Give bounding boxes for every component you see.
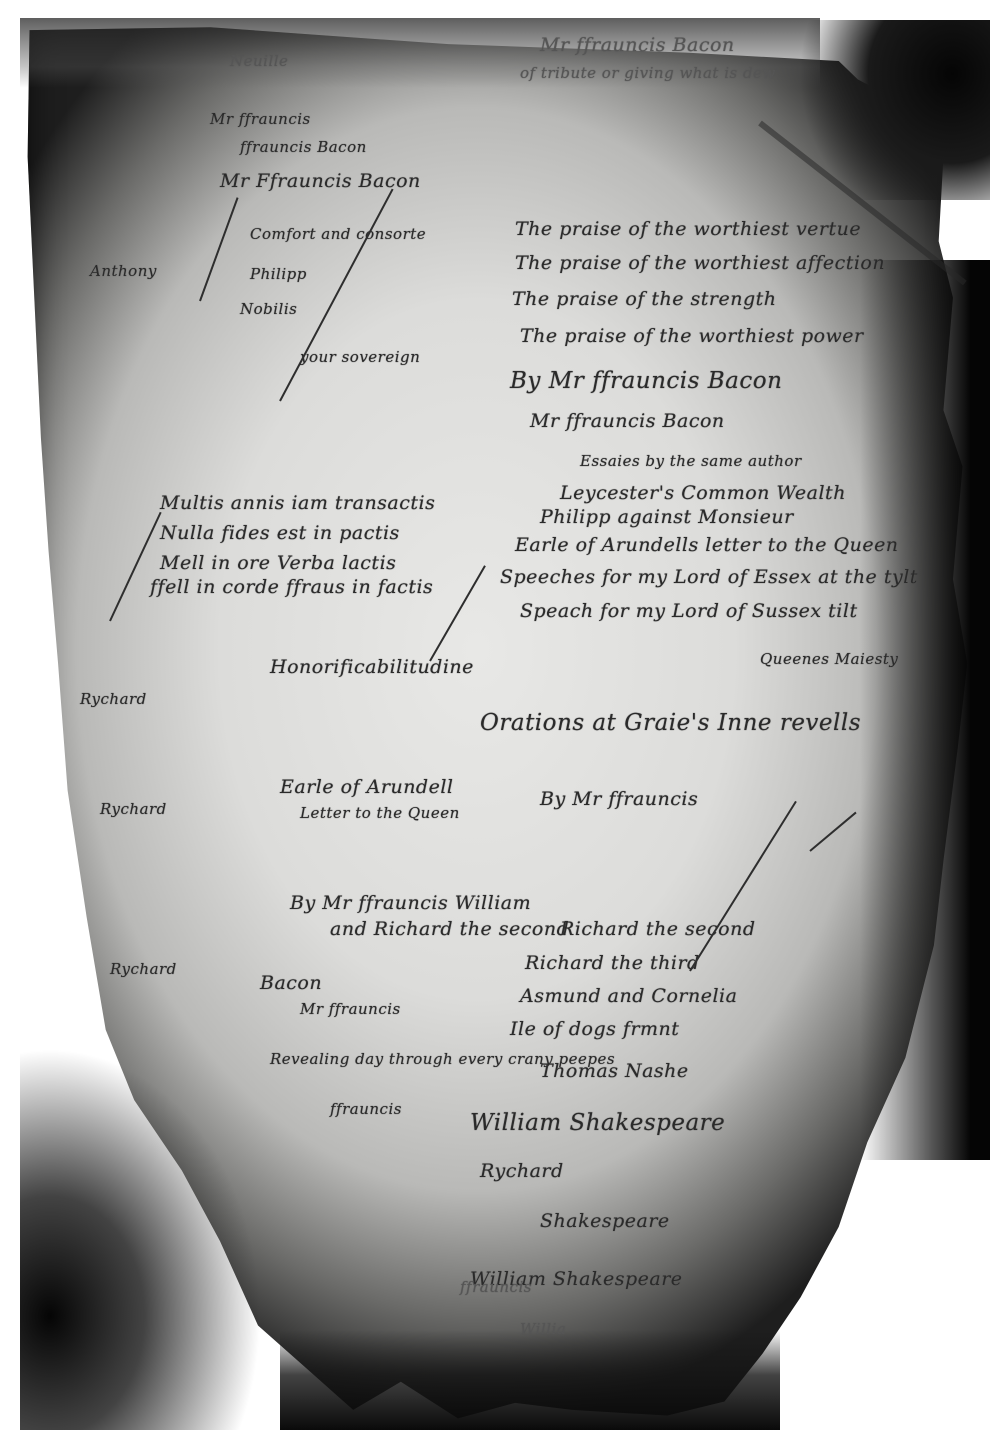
manuscript-line: Anthony (90, 262, 157, 280)
manuscript-line: Bacon (260, 972, 322, 994)
burn-mark-bottom (280, 1330, 780, 1430)
manuscript-line: William Shakespeare (470, 1110, 725, 1136)
header-text: ffrauncis Bacon (240, 138, 367, 156)
manuscript-line: Rychard (80, 690, 147, 708)
manuscript-line: The praise of the worthiest vertue (515, 218, 861, 240)
header-text: of tribute or giving what is dew (520, 64, 776, 82)
manuscript-line: Rychard (480, 1160, 564, 1182)
manuscript-line: Asmund and Cornelia (520, 985, 737, 1007)
manuscript-line: Rychard (110, 960, 177, 978)
burn-mark-right-edge (860, 260, 990, 1160)
header-text: Mr ffrauncis Bacon (540, 34, 735, 56)
manuscript-line: Queenes Maiesty (760, 650, 898, 668)
manuscript-line: Shakespeare (540, 1210, 670, 1232)
manuscript-line: Nulla fides est in pactis (160, 522, 400, 544)
manuscript-line: Earle of Arundell (280, 776, 454, 798)
manuscript-line: and Richard the second (330, 918, 569, 940)
manuscript-line: The praise of the strength (512, 288, 777, 310)
manuscript-line: Nobilis (240, 300, 297, 318)
manuscript-line: Earle of Arundells letter to the Queen (515, 534, 899, 556)
manuscript-line: Mell in ore Verba lactis (160, 552, 396, 574)
manuscript-line: Ile of dogs frmnt (510, 1018, 679, 1040)
manuscript-line: Willia (520, 1320, 566, 1338)
header-text: Neuille (230, 52, 288, 70)
manuscript-line: Orations at Graie's Inne revells (480, 710, 861, 736)
manuscript-line: By Mr ffrauncis Bacon (510, 368, 782, 394)
manuscript-line: Rychard (100, 800, 167, 818)
manuscript-line: The praise of the worthiest affection (515, 252, 885, 274)
manuscript-line: Mr ffrauncis (300, 1000, 401, 1018)
manuscript-page: Mr ffrauncis Bacon of tribute or giving … (0, 0, 1006, 1440)
manuscript-line: Mr ffrauncis Bacon (530, 410, 725, 432)
burn-mark-bottom-left (20, 1050, 320, 1430)
manuscript-line: Letter to the Queen (300, 804, 460, 822)
manuscript-line: your sovereign (300, 348, 420, 366)
manuscript-line: Leycester's Common Wealth (560, 482, 846, 504)
manuscript-line: Speeches for my Lord of Essex at the tyl… (500, 566, 918, 588)
manuscript-line: The praise of the worthiest power (520, 325, 864, 347)
header-text: Mr ffrauncis (210, 110, 311, 128)
manuscript-line: Multis annis iam transactis (160, 492, 435, 514)
manuscript-line: By Mr ffrauncis William (290, 892, 531, 914)
manuscript-line: Honorificabilitudine (270, 656, 474, 678)
manuscript-line: By Mr ffrauncis (540, 788, 698, 810)
manuscript-line: ffrauncis (460, 1278, 532, 1296)
manuscript-line: Philipp against Monsieur (540, 506, 794, 528)
manuscript-line: Comfort and consorte (250, 225, 426, 243)
manuscript-line: Philipp (250, 265, 307, 283)
manuscript-line: Richard the third (525, 952, 700, 974)
manuscript-line: Richard the second (560, 918, 756, 940)
manuscript-line: ffell in corde ffraus in factis (150, 576, 433, 598)
manuscript-line: Revealing day through every crany peepes (270, 1050, 615, 1068)
manuscript-line: Essaies by the same author (580, 452, 802, 470)
manuscript-line: Speach for my Lord of Sussex tilt (520, 600, 858, 622)
manuscript-line: ffrauncis (330, 1100, 402, 1118)
